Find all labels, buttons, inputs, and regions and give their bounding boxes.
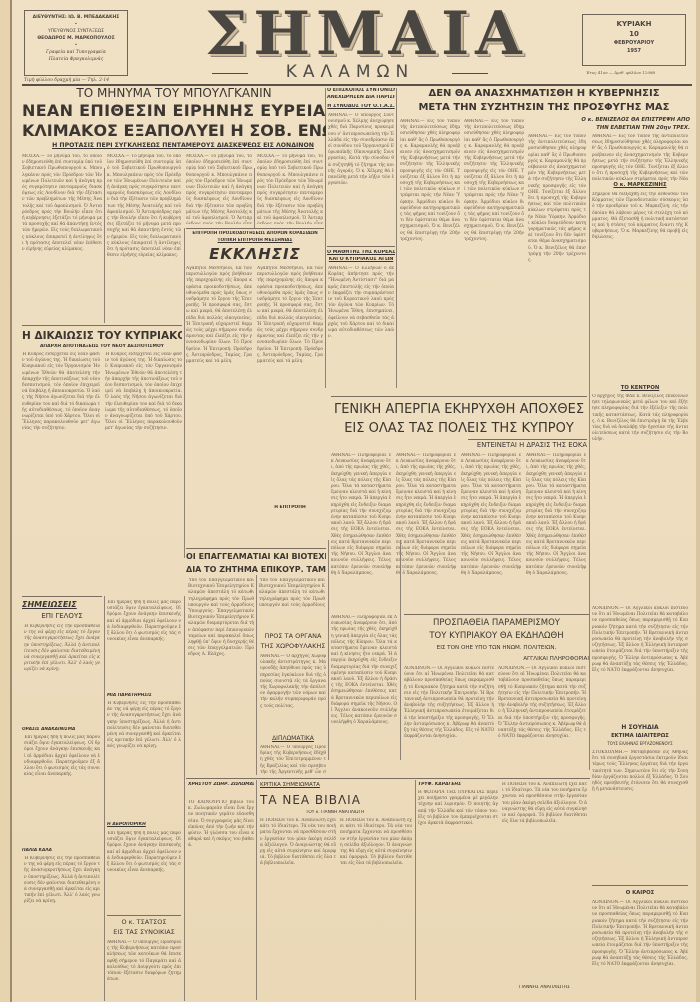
un-headline-1: ΠΡΟΣΠΑΘΕΙΑ ΠΑΡΑΜΕΡΙΣΜΟΥ: [404, 618, 589, 628]
sweden-headline-1: Η ΣΟΥΗΔΙΑ: [592, 724, 688, 731]
bulganin-body-col1: ΜΟΣΧΑ.— Τό μήνυμα τοῦ, τό ὁποῖον ἐδημοσι…: [22, 154, 102, 320]
bulganin-body-col4: ΜΟΣΧΑ.— Τό μήνυμα τοῦ, τό ὁποῖον ἐδημοσι…: [257, 154, 323, 224]
newspaper-title: ΣΗΜΑΙΑ: [205, 4, 495, 64]
churches-headline: ΕΚΚΛΗΣΙΣ: [186, 245, 324, 263]
government-body-col2: ΑΘΗΝΑΙ.— Εἰς τόν τύπον τῆς ἀντιπολιτεύσε…: [464, 119, 524, 391]
notes-sub-4: ΠΑΛΙΑ ΚΑΛΑ: [22, 848, 102, 853]
price-line: Τιμή φύλλου δραχμή μία — Τηλ. 2-14: [24, 78, 109, 83]
tsatsos-headline-2: ΕΙΣ ΤΑΣ ΣΥΝΟΙΚΙΑΣ: [107, 928, 181, 936]
un-body-col1: ΛΟΝΔΙΝΟΝ.— Οἱ Ἀγγλικοί κύκλοι πιστεύουν …: [404, 666, 494, 766]
divider: [186, 548, 326, 549]
books-body-col2: Η ΠΟΙΗΣΗ τοῦ κ. Ἀναπλιώτη ἔχει κάτι τό ἰ…: [340, 818, 412, 998]
divider: [186, 228, 324, 229]
office-line-1: Γραφεία καί Τυπογραφεία: [25, 49, 127, 56]
column-divider: [256, 575, 257, 775]
column-divider: [104, 168, 105, 323]
sweden-body: ΣΤΟΚΧΟΛΜΗ.— Μεταβίβασαν εἰς Ἀθήνας ὅτι τ…: [592, 750, 688, 885]
cyprus-claim-subhead: ΑΠΑΡΧΗ ΑΠΟΤΙΝΑΞΕΩΣ ΤΟΥ ΝΕΟΥ ΔΕΣΠΟΤΙΣΜΟΥ: [22, 344, 182, 349]
strike-body-col2: ΑΘΗΝΑΙ.— Πληροφορίαι ἐκ Λευκωσίας ἀναφέρ…: [396, 453, 456, 613]
korea-headline-1: Ο ΜΑΘΗΤΗΣ ΤΗΣ ΚΟΡΕΑΣ: [327, 250, 395, 255]
date-month: ΦΕΒΡΟΥΑΡΙΟΥ: [583, 40, 685, 46]
director-line: ΔΙΕΥΘΥΝΤΗΣ: ΙΩ. Β. ΜΠΕΔΑΚΑΚΗΣ: [25, 14, 127, 21]
weather-headline: Ο ΚΑΙΡΟΣ: [592, 890, 688, 896]
books-byline: ΤΟΥ κ. ΓΙΑΝΝΗ ΑΝΑΠΛΙΩΤΗ: [260, 810, 410, 815]
cyprus-claim-body-col1: Ἡ Κύπρος εἰσέρχεται εἰς νέαν φάσιν τοῦ ἀ…: [22, 352, 100, 592]
critic-body: ΤΟ ΚΑΙΝΟΥΡΓΙΟ βιβλίο τοῦ κ. Ζωλωμαριάν ε…: [188, 800, 254, 1000]
adjacent-page-edge: [0, 0, 12, 1002]
coordination-body: ΑΘΗΝΑΙ.— Ὁ ὑπουργός Συντονισμοῦ κ. Χέλμη…: [328, 113, 394, 243]
column-divider: [400, 540, 401, 760]
critic-author: ΧΡΗΣΤΟΥ ΖΩΗΡ. ΖΩΛΩΜΑΡΙΑΝ: [188, 782, 254, 787]
sweden-headline-2: ΕΚΤΙΜΑ ΙΔΙΑΙΤΕΡΩΣ: [592, 733, 688, 739]
government-body-col4: ΑΘΗΝΑΙ.— Εἰς τόν τύπον τῆς ἀντιπολιτεύσε…: [592, 134, 688, 184]
government-subhead-2: ΤΗΝ ΕΛΒΕΤΙΑΝ ΤΗΝ 20ην ΤΡΕΧ.: [560, 125, 690, 131]
divider: [592, 885, 688, 886]
notes-body-col2b: Ἡ Κυβέρνησις εἰς τήν προσπάθειάν της νά …: [107, 701, 181, 819]
gendarmerie-headline-2: ΤΗΣ ΧΩΡΟΦΥΛΑΚΗΣ: [260, 642, 326, 650]
notes-body-3: Ἡ Κυβέρνησις εἰς τήν προσπάθειάν της νά …: [24, 856, 100, 996]
government-body-col1: ΑΘΗΝΑΙ.— Εἰς τόν τύπον τῆς ἀντιπολιτεύσε…: [400, 119, 460, 391]
divider: [327, 246, 395, 247]
un-subhead-2: ΑΓΓΛΙΚΑΙ ΠΛΗΡΟΦΟΡΙΑΙ: [480, 656, 589, 662]
notes-body-2: Ἐπί ἡμέρας ἤδη ἡ πόλις μας παρουσιάζει ὄ…: [24, 735, 100, 845]
column-divider: [184, 228, 185, 558]
divider: [107, 915, 181, 916]
bulganin-kicker: ΤΟ ΜΗΝΥΜΑ ΤΟΥ ΜΠΟΥΛΓΚΑΝΙΝ: [22, 86, 326, 100]
strike-body-col4: ΑΘΗΝΑΙ.— Πληροφορίαι ἐκ Λευκωσίας ἀναφέρ…: [526, 453, 586, 613]
churches-kicker: ΕΠΙΤΡΟΠΗ ΠΡΟΣΚΟΔΟΤΗΣΕΩΣ ΑΠΟΡΩΝ ΚΟΡΑΣΙΔΩΝ: [186, 231, 324, 236]
column-divider: [328, 540, 329, 760]
government-subhead-1: Ο κ. ΒΕΝΙΖΕΛΟΣ ΘΑ ΕΠΙΣΤΡΕΨΗ ΑΠΟ: [560, 117, 690, 123]
un-subhead: ΕΙΣ ΤΟΝ ΟΗΕ ΥΠΟ ΤΩΝ ΗΝΩΜ. ΠΟΛΙΤΕΙΩΝ,: [404, 645, 589, 651]
weather-body: ΛΟΝΔΙΝΟΝ.— Οἱ Ἀγγλικοί κύκλοι πιστεύουν …: [592, 900, 688, 995]
notes-body-col2: Ἐπί ἡμέρας ἤδη ἡ πόλις μας παρουσιάζει ὄ…: [107, 600, 181, 690]
masthead-info-box: ΔΙΕΥΘΥΝΤΗΣ: ΙΩ. Β. ΜΠΕΔΑΚΑΚΗΣ • ΥΠΕΥΘΥΝΟ…: [24, 10, 128, 76]
strike-body-continued: ΑΘΗΝΑΙ.— Πληροφορίαι ἐκ Λευκωσίας ἀναφέρ…: [331, 615, 397, 775]
diplomatic-body: ΑΘΗΝΑΙ.— Ὁ ὑπουργός Προεδρίας τῆς Κυβερν…: [260, 745, 326, 775]
korea-body: ΑΘΗΝΑΙ.— Ὁ Ἐλλήνων ὁ ἐκ Κορέας ἀπήντησε …: [328, 266, 394, 391]
column-divider: [104, 596, 105, 1001]
divider: [468, 439, 587, 440]
column-divider: [589, 170, 590, 770]
cyprus-claim-body-col2: Ἡ Κύπρος εἰσέρχεται εἰς νέαν φάσιν τοῦ ἀ…: [105, 352, 182, 592]
strike-headline-2: ΕΙΣ ΟΛΑΣ ΤΑΣ ΠΟΛΕΙΣ ΤΗΣ ΚΥΠΡΟΥ: [331, 421, 587, 436]
editor-name: ΘΕΟΔΩΡΟΣ Μ. ΜΑΡΚΟΠΟΥΛΟΣ: [25, 35, 127, 42]
bulganin-headline-1: ΝΕΑΝ ΕΠΙΘΕΣΙΝ ΕΙΡΗΝΗΣ ΕΥΡΕΙΑΣ: [22, 101, 326, 120]
government-body-col3: ΑΘΗΝΑΙ.— Εἰς τόν τύπον τῆς ἀντιπολιτεύσε…: [528, 134, 586, 391]
books-sidebar-title: ΤΡΥΦ. ΚΑΡΑΓΕΗΣ: [418, 782, 498, 787]
divider: [404, 614, 589, 615]
books-headline: ΤΑ ΝΕΑ ΒΙΒΛΙΑ: [260, 793, 410, 807]
churches-body-col1: Ἀγαπητοί Μεσσήνιοι, Ἐκ τῶν περισυλλογῶν …: [186, 266, 252, 511]
coordination-headline-1: Ο ΕΠΙΣΚΟΠΟΣ ΣΥΝΤΟΝΙΣΜΟΥ: [327, 88, 395, 93]
tsatsos-headline-1: Ο κ. ΤΣΑΤΣΟΣ: [107, 918, 181, 926]
bulganin-body-col3: ΜΟΣΧΑ.— Τό μήνυμα τοῦ, τό ὁποῖον ἐδημοσι…: [186, 154, 252, 224]
date-year: 1957: [583, 48, 685, 54]
gendarmerie-body: ΑΘΗΝΑΙ.— Ὁ ἀρχηγός Χωροφυλακῆς ἀντιστράτ…: [260, 654, 326, 734]
column-divider: [415, 780, 416, 1000]
un-body-col2: ΛΟΝΔΙΝΟΝ.— Οἱ Ἀγγλικοί κύκλοι πιστεύουν …: [498, 666, 586, 766]
professionals-headline-2: ΔΙΑ ΤΟ ΖΗΤΗΜΑ ΕΠΙΚΟΥΡ. ΤΑΜΕΙΩΝ: [186, 565, 326, 574]
books-signature: ΓΙΑΝΝΗΣ ΑΝΑΠΛΙΩΤΗΣ: [502, 985, 587, 990]
books-section: ΚΡΙΤΙΚΑ ΣΗΜΕΙΩΜΑΤΑ: [260, 782, 340, 788]
books-body-col4: Η ΠΟΙΗΣΗ τοῦ κ. Ἀναπλιώτη ἔχει κάτι τό ἰ…: [502, 782, 587, 982]
notes-sub-1: ΟΡΑΣΙΣ ΑΝΑΚΑΙΝΙΣΜΑ: [22, 727, 102, 732]
gendarmerie-headline-1: ΠΡΟΣ ΤΑ ΟΡΓΑΝΑ: [260, 632, 326, 640]
bullet: •: [25, 21, 127, 28]
strike-body-col1: ΑΘΗΝΑΙ.— Πληροφορίαι ἐκ Λευκωσίας ἀναφέρ…: [331, 453, 391, 613]
markezinis-headline: Ο κ. ΜΑΡΚΕΖΙΝΗΣ: [592, 182, 688, 188]
churches-kicker-2: ΤΟΠΙΚΗ ΕΠΙΤΡΟΠΗ ΜΕΣΣΗΝΙΑΣ: [186, 238, 324, 243]
date-day: 10: [583, 30, 685, 38]
notes-headline: ΕΠΙ ΓΕΛΟΥΣ: [22, 612, 102, 620]
notes-sub-3: Η ΑΕΡΟΠΟΡΙΚΗ: [107, 822, 181, 827]
books-body-col1: Η ΠΟΙΗΣΗ τοῦ κ. Ἀναπλιώτη ἔχει κάτι τό ἰ…: [260, 818, 336, 998]
page-edge: [696, 0, 700, 1002]
date-weekday: ΚΥΡΙΑΚΗ: [583, 20, 685, 28]
coordination-headline-2: ΑΝΕΧΩΡΗΣΕΝ ΔΙΑ ΠΑΡΙΣΙΟΥΣ: [327, 95, 395, 100]
column-divider: [256, 780, 257, 1000]
professionals-headline-1: ΟΙ ΕΠΑΓΓΕΛΜΑΤΙΑΙ ΚΑΙ ΒΙΟΤΕΧΝΑΙ: [186, 552, 326, 561]
government-headline-2: ΜΕΤΑ ΤΗΝ ΣΥΖΗΤΗΣΙΝ ΤΗΣ ΠΡΟΣΦΥΓΗΣ ΜΑΣ: [398, 102, 690, 113]
editor-label: ΥΠΕΥΘΥΝΟΣ ΣΥΝΤΑΞΕΩΣ: [25, 28, 127, 35]
notes-body: Ἡ Κυβέρνησις εἰς τήν προσπάθειάν της νά …: [24, 624, 100, 724]
office-line-2: Πλατεία Φραγκολιμνάς: [25, 56, 127, 63]
notes-section-title: ΣΗΜΕΙΩΣΕΙΣ: [22, 600, 102, 609]
bullet: •: [25, 42, 127, 49]
churches-body-col2: Ἀγαπητοί Μεσσήνιοι, Ἐκ τῶν περισυλλογῶν …: [257, 266, 323, 511]
churches-committee-label: Η ΕΠΙΤΡΟΠΗ: [257, 505, 323, 510]
centre-body: Ὁ ἀρχηγός τῆς ΦΔΕ κ. Βενιζέλος ἐπικοινών…: [592, 394, 688, 604]
notes-body-col2c: Ἐπί ἡμέρας ἤδη ἡ πόλις μας παρουσιάζει ὄ…: [107, 831, 181, 911]
strike-headline-1: ΓΕΝΙΚΗ ΑΠΕΡΓΙΑ ΕΚΗΡΥΧΘΗ ΑΠΟΧΘΕΣ: [331, 402, 587, 417]
bulganin-subhead: Η ΠΡΟΤΑΣΙΣ ΠΕΡΙ ΣΥΓΚΛΗΣΕΩΣ ΠΕΝΤΑΜΕΡΟΥΣ Δ…: [40, 142, 326, 149]
un-headline-2: ΤΟΥ ΚΥΠΡΙΑΚΟΥ ΘΑ ΕΚΔΗΛΩΘΗ: [404, 631, 589, 641]
strike-subhead: ΕΝΤΕΙΝΕΤΑΙ Η ΔΡΑΣΙΣ ΤΗΣ ΕΟΚΑ: [430, 441, 587, 449]
diplomatic-headline: ΔΙΠΛΩΜΑΤΙΚΑ: [260, 735, 326, 742]
sweden-headline-3: ΤΟΥΣ ΕΛΛΗΝΑΣ ΕΡΓΑΖΟΜΕΝΟΥΣ: [592, 741, 688, 746]
newspaper-page: ΔΙΕΥΘΥΝΤΗΣ: ΙΩ. Β. ΜΠΕΔΑΚΑΚΗΣ • ΥΠΕΥΘΥΝΟ…: [0, 0, 700, 1002]
professionals-body-col2: Ὑπό τοῦ Ἐπαγγελματικοῦ καί Βιοτεχνικοῦ Ἐ…: [259, 578, 325, 608]
strike-body-col3: ΑΘΗΝΑΙ.— Πληροφορίαι ἐκ Λευκωσίας ἀναφέρ…: [461, 453, 521, 613]
korea-headline-2: ΚΑΙ Ο ΚΥΠΡΙΑΚΟΣ ΑΓΩΝ: [327, 257, 395, 262]
divider: [331, 396, 587, 397]
professionals-body-col1: Ὑπό τοῦ Ἐπαγγελματικοῦ καί Βιοτεχνικοῦ Ἐ…: [188, 578, 254, 768]
markezinis-body: Σήμερον θά διεξαχθῇ εἰς τήν αἴθουσαν τοῦ…: [592, 192, 688, 382]
bulganin-headline-2: ΚΛΙΜΑΚΟΣ ΕΞΑΠΟΛΥΕΙ Η ΣΟΒ. ΕΝΩΣΙΣ: [22, 121, 326, 140]
column-divider: [396, 88, 397, 388]
books-sidebar-body: Η ΦΩΤΑΡΙΑ ΤΗΣ ΠΥΡΚΑΓΙΑΣ περιέχει ποιήματ…: [418, 790, 498, 1000]
tsatsos-body: ΑΘΗΝΑΙ.— Ὁ ὑπουργός Προεδρίας τῆς Κυβερν…: [107, 940, 181, 1000]
government-headline-1: ΔΕΝ ΘΑ ΑΝΑΣΧΗΜΑΤΙΣΘΗ Η ΚΥΒΕΡΝΗΣΙΣ: [398, 88, 690, 99]
un-body-col3: ΛΟΝΔΙΝΟΝ.— Οἱ Ἀγγλικοί κύκλοι πιστεύουν …: [592, 606, 688, 721]
notes-sub-2: ΜΙΑ ΠΑΡΑΤΗΡΗΣΙΣ: [107, 693, 181, 698]
column-divider: [254, 168, 255, 228]
column-divider: [184, 596, 185, 1001]
divider: [22, 596, 102, 597]
divider: [186, 778, 590, 779]
cyprus-claim-headline: Η ΔΙΚΑΙΩΣΙΣ ΤΟΥ ΚΥΠΡΙΑΚΟΥ: [22, 330, 182, 342]
issue-number: Έτος 41ον — Άριθ. φύλλου 12088: [586, 70, 655, 75]
divider: [22, 325, 182, 326]
bulganin-body-col2: ΜΟΣΧΑ.— Τό μήνυμα τοῦ, τό ὁποῖον ἐδημοσι…: [107, 154, 181, 320]
coordination-subhead: Η ΣΥΝΟΔΟΣ ΤΟΥ Ο.Τ.Α.Σ.: [327, 104, 395, 109]
newspaper-subtitle: ΚΑΛΑΜΩΝ: [212, 62, 488, 82]
date-box: ΚΥΡΙΑΚΗ 10 ΦΕΒΡΟΥΑΡΙΟΥ 1957: [582, 14, 686, 66]
centre-headline: ΤΟ ΚΕΝΤΡΟΝ: [592, 385, 688, 391]
